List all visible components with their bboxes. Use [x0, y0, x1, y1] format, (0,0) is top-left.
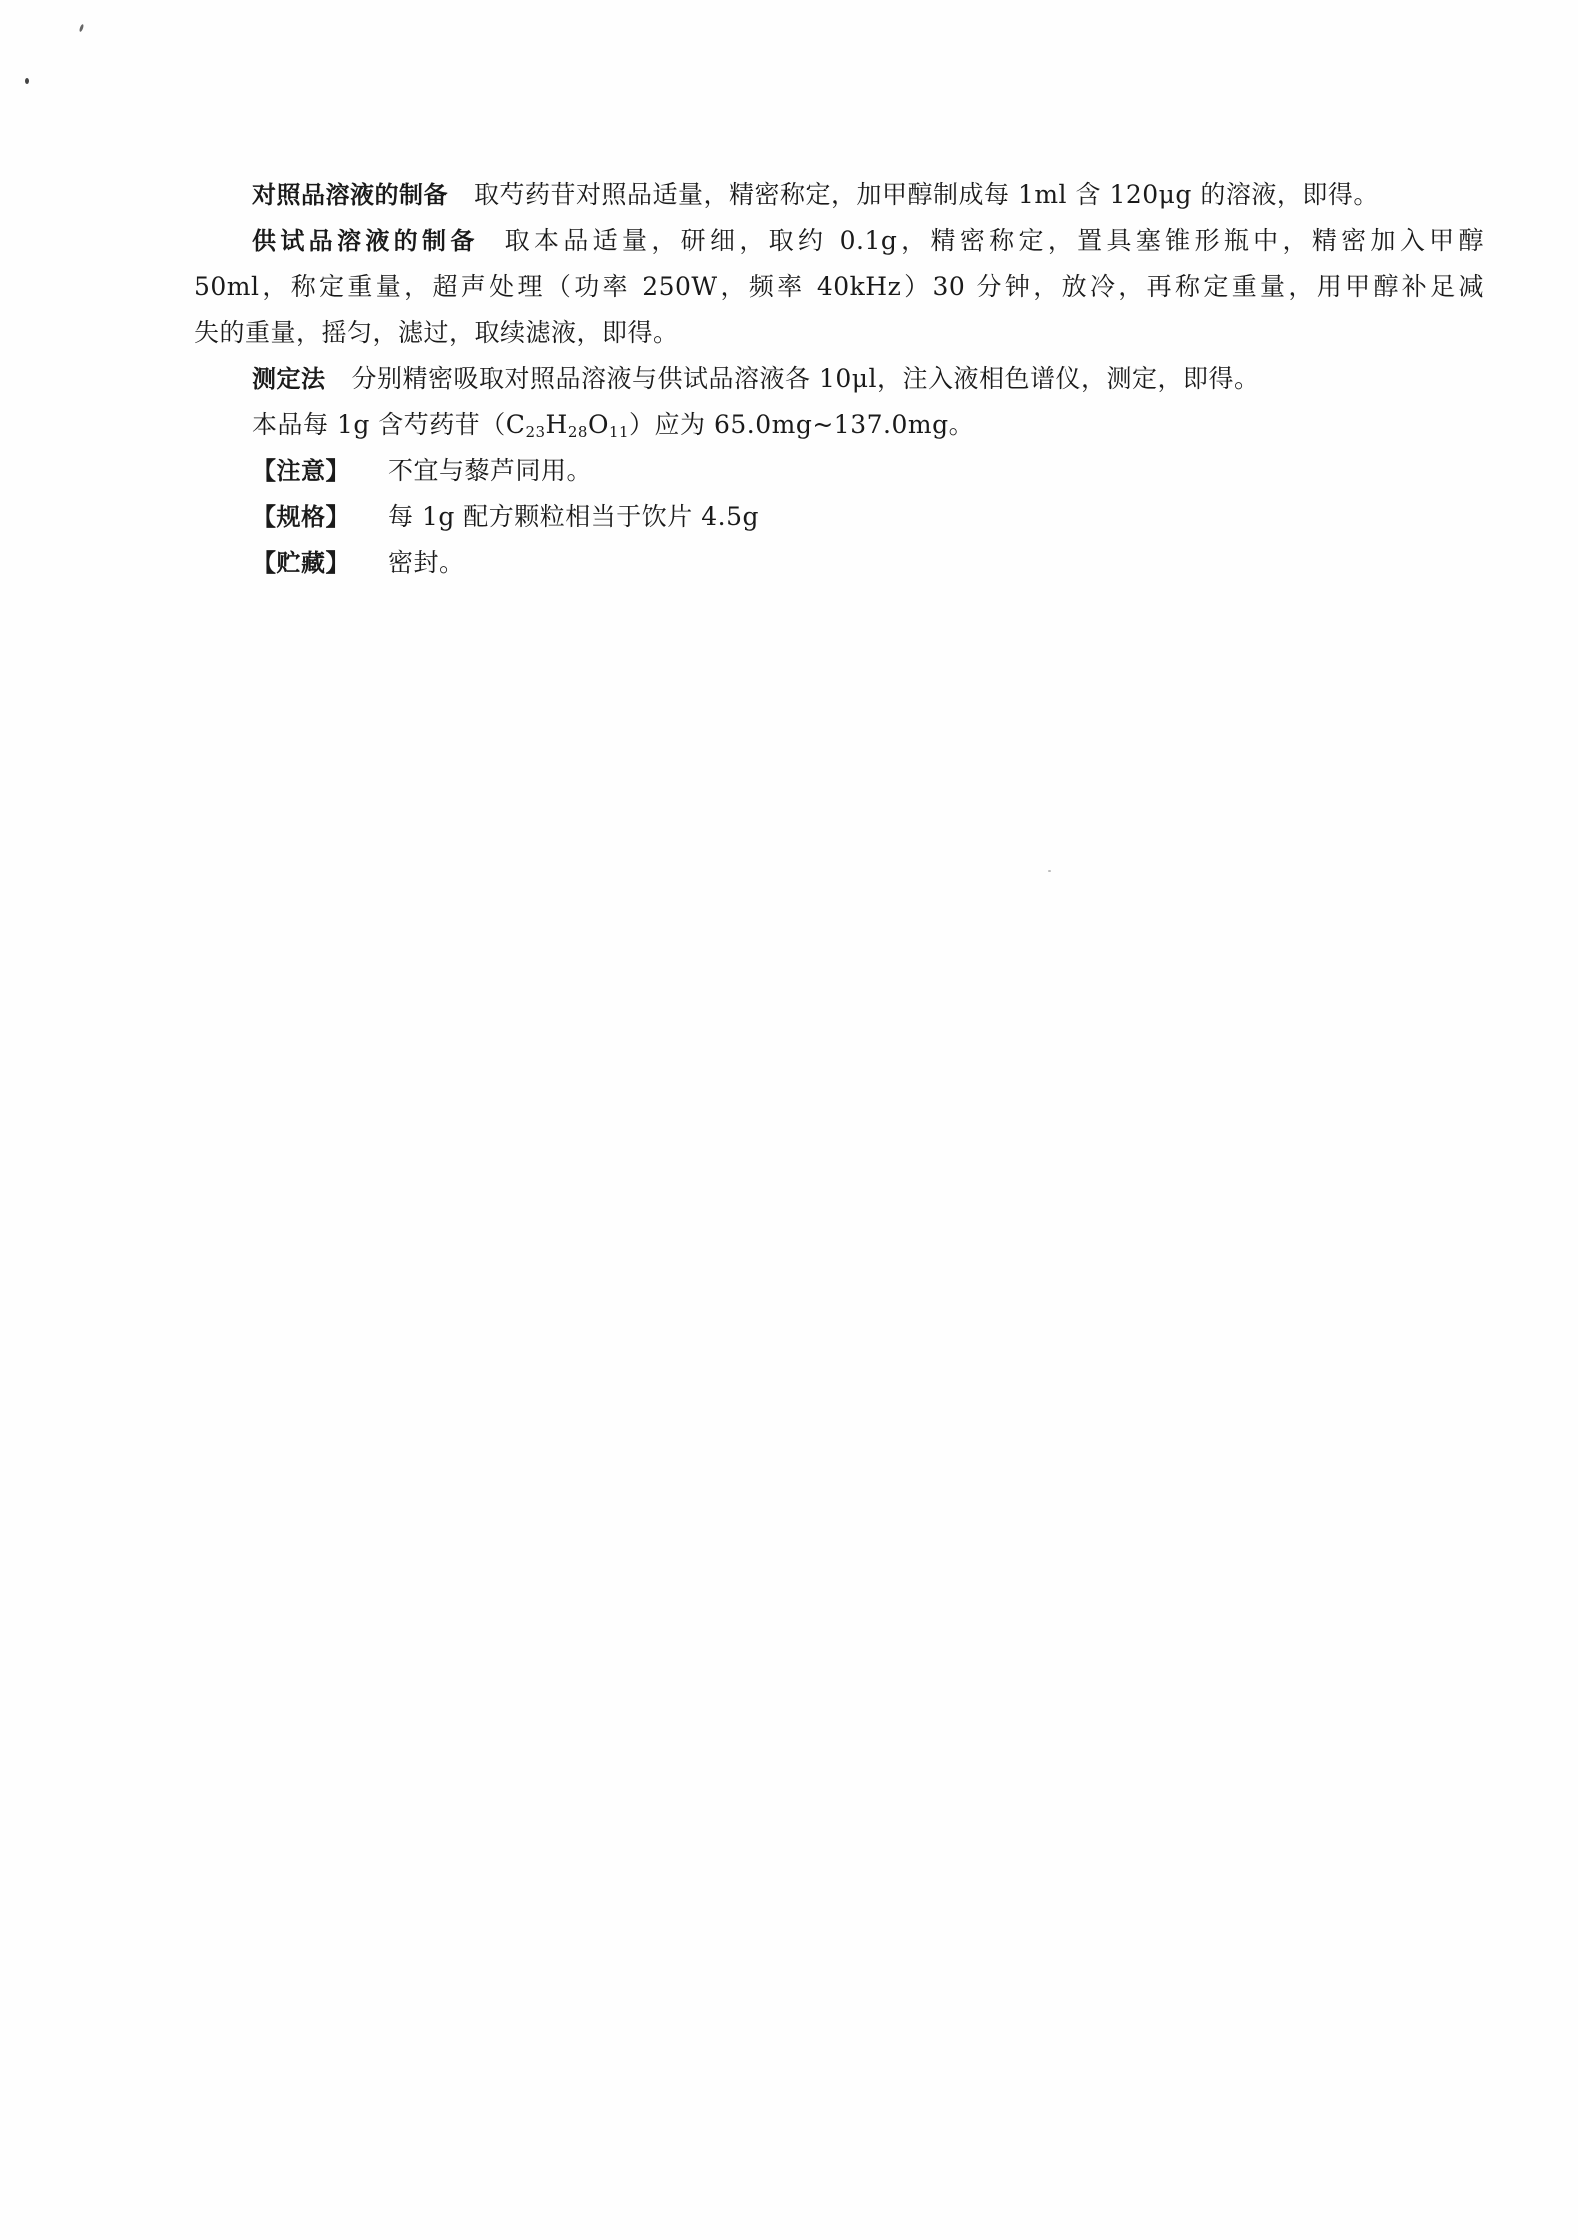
formula-sub-c: 23 [525, 423, 545, 441]
formula-o: O [588, 410, 609, 439]
document-page: 对照品溶液的制备取芍药苷对照品适量，精密称定，加甲醇制成每 1ml 含 120μ… [0, 0, 1578, 2240]
test-solution-text-line1: 取本品适量，研细，取约 0.1g，精密称定，置具塞锥形瓶中，精密加入甲醇 [505, 226, 1484, 255]
formula-sub-o: 11 [609, 423, 629, 441]
caution-heading: 【注意】 [252, 448, 388, 494]
scan-speck [1048, 870, 1051, 872]
storage-text: 密封。 [388, 548, 465, 577]
test-solution-text-line2: 50ml，称定重量，超声处理（功率 250W，频率 40kHz）30 分钟，放冷… [194, 264, 1484, 310]
reference-solution-heading: 对照品溶液的制备 [252, 181, 448, 209]
test-solution-heading: 供试品溶液的制备 [252, 227, 479, 255]
formula-h: H [546, 410, 568, 439]
test-solution-paragraph: 供试品溶液的制备取本品适量，研细，取约 0.1g，精密称定，置具塞锥形瓶中，精密… [194, 218, 1484, 356]
caution-paragraph: 【注意】不宜与藜芦同用。 [194, 448, 1484, 494]
scan-speck [79, 24, 85, 33]
content-limit-paragraph: 本品每 1g 含芍药苷（C23H28O11）应为 65.0mg~137.0mg。 [194, 402, 1484, 448]
content-limit-suffix: ）应为 65.0mg~137.0mg。 [629, 410, 974, 439]
test-solution-text-line3: 失的重量，摇匀，滤过，取续滤液，即得。 [194, 310, 1484, 356]
assay-paragraph: 测定法分别精密吸取对照品溶液与供试品溶液各 10μl，注入液相色谱仪，测定，即得… [194, 356, 1484, 402]
specification-paragraph: 【规格】每 1g 配方颗粒相当于饮片 4.5g [194, 494, 1484, 540]
storage-heading: 【贮藏】 [252, 540, 388, 586]
reference-solution-paragraph: 对照品溶液的制备取芍药苷对照品适量，精密称定，加甲醇制成每 1ml 含 120μ… [194, 172, 1484, 218]
document-body: 对照品溶液的制备取芍药苷对照品适量，精密称定，加甲醇制成每 1ml 含 120μ… [194, 172, 1484, 586]
specification-text: 每 1g 配方颗粒相当于饮片 4.5g [388, 502, 759, 531]
formula-sub-h: 28 [568, 423, 588, 441]
scan-speck [25, 78, 29, 84]
storage-paragraph: 【贮藏】密封。 [194, 540, 1484, 586]
assay-text: 分别精密吸取对照品溶液与供试品溶液各 10μl，注入液相色谱仪，测定，即得。 [352, 364, 1260, 393]
assay-heading: 测定法 [252, 365, 326, 393]
specification-heading: 【规格】 [252, 494, 388, 540]
caution-text: 不宜与藜芦同用。 [388, 456, 592, 485]
reference-solution-text: 取芍药苷对照品适量，精密称定，加甲醇制成每 1ml 含 120μg 的溶液，即得… [474, 180, 1379, 209]
content-limit-prefix: 本品每 1g 含芍药苷（C [252, 410, 525, 439]
